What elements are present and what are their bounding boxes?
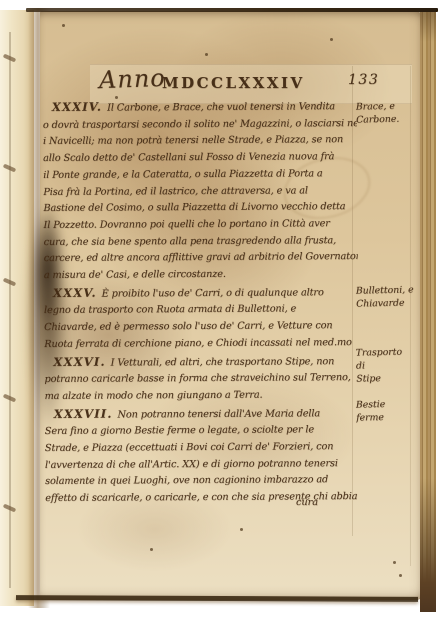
manuscript-line: carcere, ed altre ancora afflittive grav… [44, 249, 358, 268]
article-number: XXXVII. [54, 406, 118, 420]
margin-rule [410, 66, 411, 566]
speck [240, 528, 243, 531]
speck [330, 38, 333, 41]
article-number: XXXIV. [52, 100, 107, 114]
speck [150, 548, 153, 551]
line-text: i Navicelli; ma non potrà tenersi nelle … [43, 135, 343, 148]
line-text: solamente in quei Luoghi, ove non cagion… [45, 475, 328, 488]
manuscript-line: XXXIV.Il Carbone, e Brace, che vuol tene… [43, 97, 357, 118]
line-text: Ruota ferrata di cerchione piano, e Chio… [44, 337, 352, 350]
line-text: l'avvertenza di che all'Artic. XX) e di … [45, 458, 338, 471]
fore-edge [420, 8, 436, 612]
manuscript-line: legno da trasporto con Ruota armata di B… [44, 301, 358, 320]
line-text: Chiavarde, ed è permesso solo l'uso de' … [44, 320, 332, 333]
anno-script-word: Anno [99, 64, 167, 94]
manuscript-line: XXXVI.I Vetturali, ed altri, che traspor… [44, 352, 358, 373]
manuscript-line: cura, che sia bene spento alla pena tras… [44, 233, 358, 252]
article-number: XXXV. [53, 285, 102, 299]
book-photo: Anno MDCCLXXXIV 133 XXXIV.Il Carbone, e … [0, 8, 438, 612]
manuscript-line: Bastione del Cosimo, o sulla Piazzetta d… [43, 199, 357, 218]
line-text: I Vetturali, ed altri, che trasportano S… [111, 356, 335, 368]
line-text: Non potranno tenersi dall'Ave Maria dell… [118, 408, 321, 420]
manuscript-line: XXXVII.Non potranno tenersi dall'Ave Mar… [45, 404, 359, 425]
manuscript-line: Strade, e Piazza (eccettuati i Bovi coi … [45, 439, 359, 458]
line-text: È proibito l'uso de' Carri, o di qualunq… [102, 287, 324, 299]
manuscript-line: l'avvertenza di che all'Artic. XX) e di … [45, 456, 359, 475]
article-number: XXXVI. [53, 354, 110, 368]
speck [393, 561, 396, 564]
line-text: Il Pozzetto. Dovranno poi quelli che lo … [43, 218, 329, 231]
page-bottom-edge [16, 595, 418, 602]
text-block: XXXIV.Il Carbone, e Brace, che vuol tene… [43, 97, 359, 508]
manuscript-line: o dovrà trasportarsi secondo il solito n… [43, 116, 357, 135]
margin-note: Brace, e Carbone. [356, 99, 415, 126]
line-text: ma alzate in modo che non giungano a Ter… [45, 390, 263, 402]
line-text: o dovrà trasportarsi secondo il solito n… [43, 118, 357, 131]
manuscript-page-photo: Anno MDCCLXXXIV 133 XXXIV.Il Carbone, e … [0, 0, 438, 620]
page-number: 133 [348, 72, 379, 88]
margin-note: Trasporto di Stipe [356, 345, 415, 385]
line-text: allo Scalo detto de' Castellani sul Foss… [43, 151, 334, 164]
catchword: cura [296, 497, 356, 508]
binding-seam [9, 32, 11, 588]
line-text: carcere, ed altre ancora afflittive grav… [44, 251, 358, 264]
manuscript-line: a misura de' Casi, e delle circostanze. [44, 266, 358, 285]
line-text: il Ponte grande, e la Cateratta, o sulla… [43, 168, 322, 181]
line-text: cura, che sia bene spento alla pena tras… [44, 235, 337, 248]
manuscript-line: il Ponte grande, e la Cateratta, o sulla… [43, 166, 357, 185]
speck [62, 24, 65, 27]
line-text: a misura de' Casi, e delle circostanze. [44, 269, 226, 281]
manuscript-line: Sera fino a giorno Bestie ferme o legate… [45, 422, 359, 441]
speck [399, 574, 402, 577]
manuscript-line: ma alzate in modo che non giungano a Ter… [45, 387, 359, 406]
manuscript-line: XXXV.È proibito l'uso de' Carri, o di qu… [44, 283, 358, 304]
line-text: potranno caricarle basse in forma che st… [44, 372, 350, 385]
manuscript-line: potranno caricarle basse in forma che st… [44, 370, 358, 389]
year-roman-numeral: MDCCLXXXIV [162, 74, 305, 92]
margin-note: Bullettoni, e Chiavarde [356, 283, 415, 310]
manuscript-line: allo Scalo detto de' Castellani sul Foss… [43, 149, 357, 168]
line-text: Strade, e Piazza (eccettuati i Bovi coi … [45, 441, 334, 454]
manuscript-line: Ruota ferrata di cerchione piano, e Chio… [44, 335, 358, 354]
line-text: legno da trasporto con Ruota armata di B… [44, 304, 296, 317]
line-text: Bastione del Cosimo, o sulla Piazzetta d… [43, 201, 345, 214]
page-top-edge [26, 8, 438, 12]
manuscript-line: Il Pozzetto. Dovranno poi quelli che lo … [43, 216, 357, 235]
manuscript-line: Chiavarde, ed è permesso solo l'uso de' … [44, 318, 358, 337]
margin-note: Bestie ferme [356, 397, 415, 424]
line-text: Pisa frà la Portina, ed il lastrico, che… [43, 185, 308, 198]
speck [205, 53, 208, 56]
line-text: Il Carbone, e Brace, che vuol tenersi in… [107, 101, 335, 113]
line-text: Sera fino a giorno Bestie ferme o legate… [45, 425, 314, 438]
manuscript-line: solamente in quei Luoghi, ove non cagion… [45, 473, 359, 492]
manuscript-line: Pisa frà la Portina, ed il lastrico, che… [43, 183, 357, 202]
manuscript-line: i Navicelli; ma non potrà tenersi nelle … [43, 132, 357, 151]
